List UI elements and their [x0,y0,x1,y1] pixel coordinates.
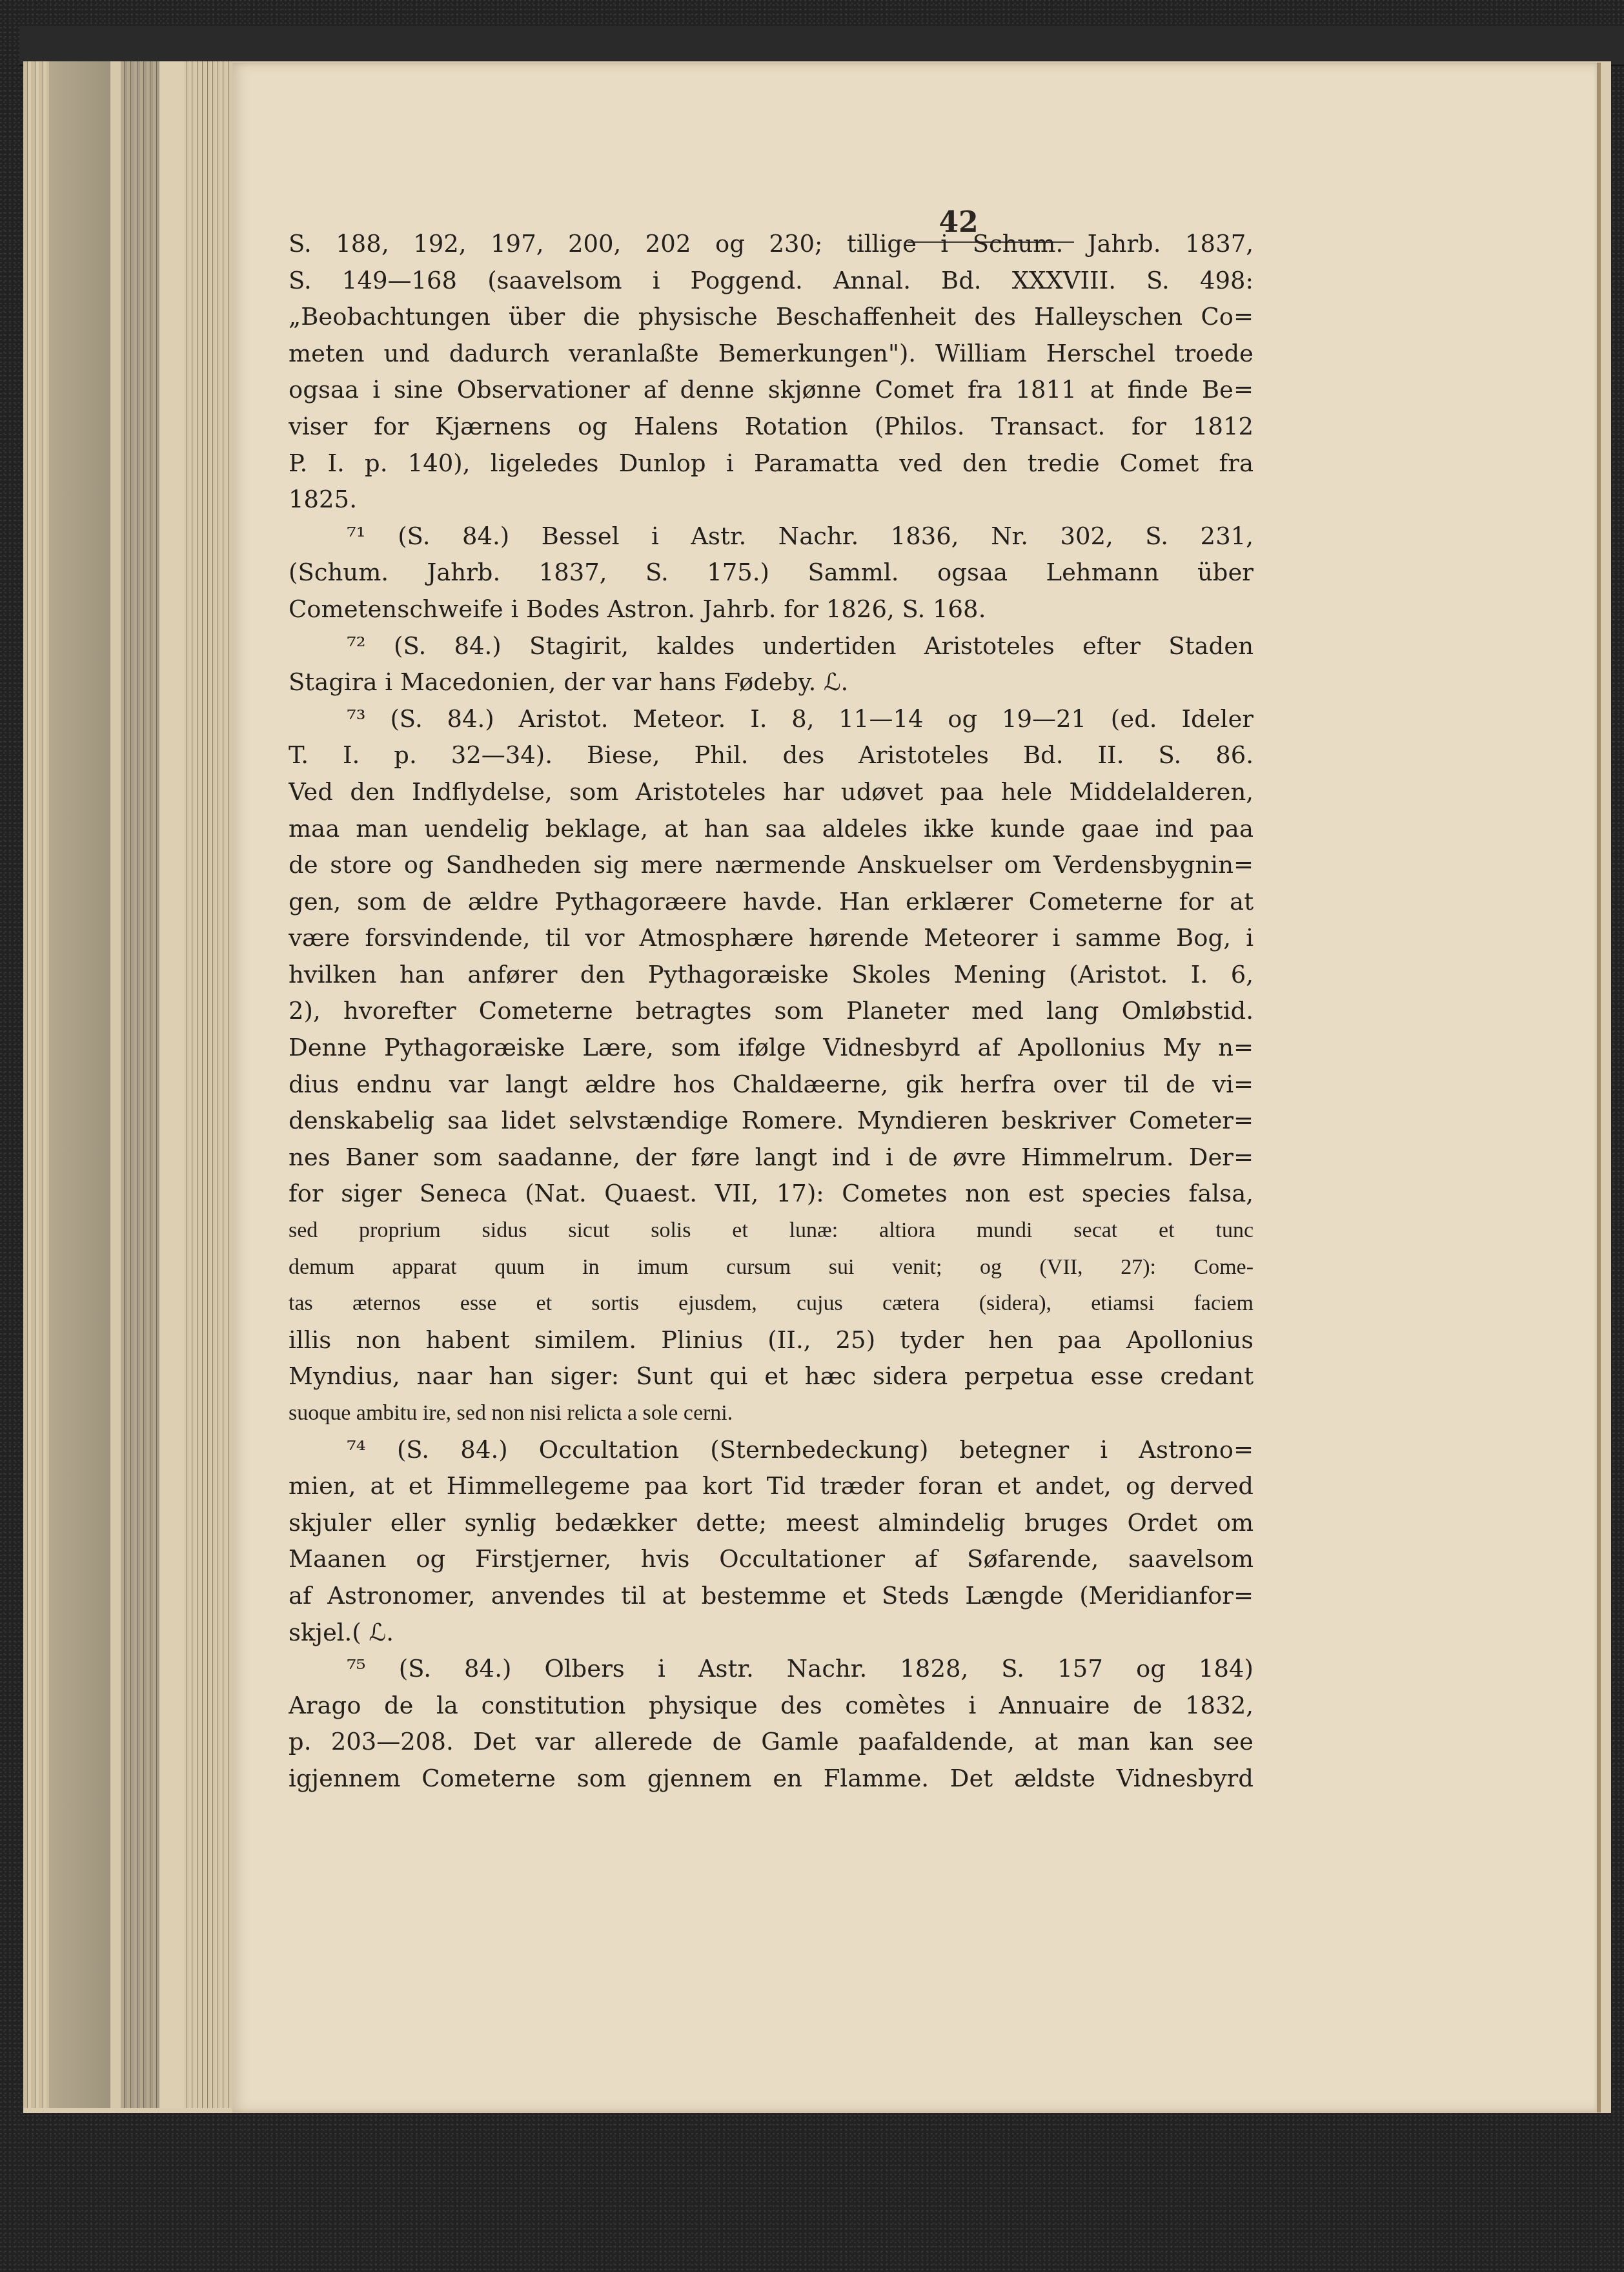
text-line: suoque ambitu ire, sed non nisi relicta … [289,1395,1254,1432]
text-line: hvilken han anfører den Pythagoræiske Sk… [289,957,1254,994]
page-edges [159,61,184,2108]
text-line: af Astronomer, anvendes til at bestemme … [289,1578,1254,1615]
text-line: S. 188, 192, 197, 200, 202 og 230; tilli… [289,226,1254,263]
footnote-text-body: S. 188, 192, 197, 200, 202 og 230; tilli… [289,226,1254,1797]
text-line: Arago de la constitution physique des co… [289,1688,1254,1724]
text-line: sed proprium sidus sicut solis et lunæ: … [289,1213,1254,1249]
text-line: gen, som de ældre Pythagoræere havde. Ha… [289,884,1254,921]
text-line: T. I. p. 32—34). Biese, Phil. des Aristo… [289,737,1254,774]
text-line: skjel.( ℒ. [289,1615,1254,1652]
text-line: 1825. [289,482,1254,518]
text-line: demum apparat quum in imum cursum sui ve… [289,1249,1254,1286]
page-edges [49,61,110,2108]
text-line: for siger Seneca (Nat. Quaest. VII, 17):… [289,1176,1254,1213]
text-line: igjennem Cometerne som gjennem en Flamme… [289,1761,1254,1797]
text-line: p. 203—208. Det var allerede de Gamle pa… [289,1724,1254,1761]
text-line: mien, at et Himmellegeme paa kort Tid tr… [289,1468,1254,1505]
page-edges [110,61,121,2108]
text-line: Maanen og Firstjerner, hvis Occultatione… [289,1541,1254,1578]
footnote-start-line: ⁷⁴ (S. 84.) Occultation (Sternbedeckung)… [289,1432,1254,1469]
text-line: viser for Kjærnens og Halens Rotation (P… [289,409,1254,445]
footnote-start-line: ⁷³ (S. 84.) Aristot. Meteor. I. 8, 11—14… [289,701,1254,738]
text-line: Denne Pythagoræiske Lære, som ifølge Vid… [289,1030,1254,1067]
text-line: de store og Sandheden sig mere nærmende … [289,847,1254,884]
page-edge [1597,63,1601,2113]
text-line: tas æternos esse et sortis ejusdem, cuju… [289,1285,1254,1322]
footnote-start-line: ⁷¹ (S. 84.) Bessel i Astr. Nachr. 1836, … [289,518,1254,555]
text-line: (Schum. Jahrb. 1837, S. 175.) Samml. ogs… [289,555,1254,591]
text-line: illis non habent similem. Plinius (II., … [289,1322,1254,1359]
text-line: Myndius, naar han siger: Sunt qui et hæc… [289,1358,1254,1395]
page-edges [121,61,159,2108]
text-line: P. I. p. 140), ligeledes Dunlop i Parama… [289,445,1254,482]
text-line: være forsvindende, til vor Atmosphære hø… [289,920,1254,957]
footnote-start-line: ⁷⁵ (S. 84.) Olbers i Astr. Nachr. 1828, … [289,1651,1254,1688]
page-edges [184,61,232,2108]
text-line: „Beobachtungen über die physische Bescha… [289,299,1254,336]
text-line: S. 149—168 (saavelsom i Poggend. Annal. … [289,263,1254,300]
text-line: 2), hvorefter Cometerne betragtes som Pl… [289,993,1254,1030]
cover-edge [19,26,1624,66]
text-line: nes Baner som saadanne, der føre langt i… [289,1140,1254,1176]
text-line: meten und dadurch veranlaßte Bemerkungen… [289,336,1254,373]
text-line: maa man uendelig beklage, at han saa ald… [289,811,1254,848]
text-line: Ved den Indflydelse, som Aristoteles har… [289,774,1254,811]
text-line: ogsaa i sine Observationer af denne skjø… [289,372,1254,409]
page-edges [23,61,49,2108]
text-line: Stagira i Macedonien, der var hans Fødeb… [289,664,1254,701]
text-line: dius endnu var langt ældre hos Chaldæern… [289,1067,1254,1103]
text-line: denskabelig saa lidet selvstændige Romer… [289,1103,1254,1140]
text-line: Cometenschweife i Bodes Astron. Jahrb. f… [289,591,1254,628]
text-line: skjuler eller synlig bedækker dette; mee… [289,1505,1254,1542]
footnote-start-line: ⁷² (S. 84.) Stagirit, kaldes undertiden … [289,628,1254,665]
